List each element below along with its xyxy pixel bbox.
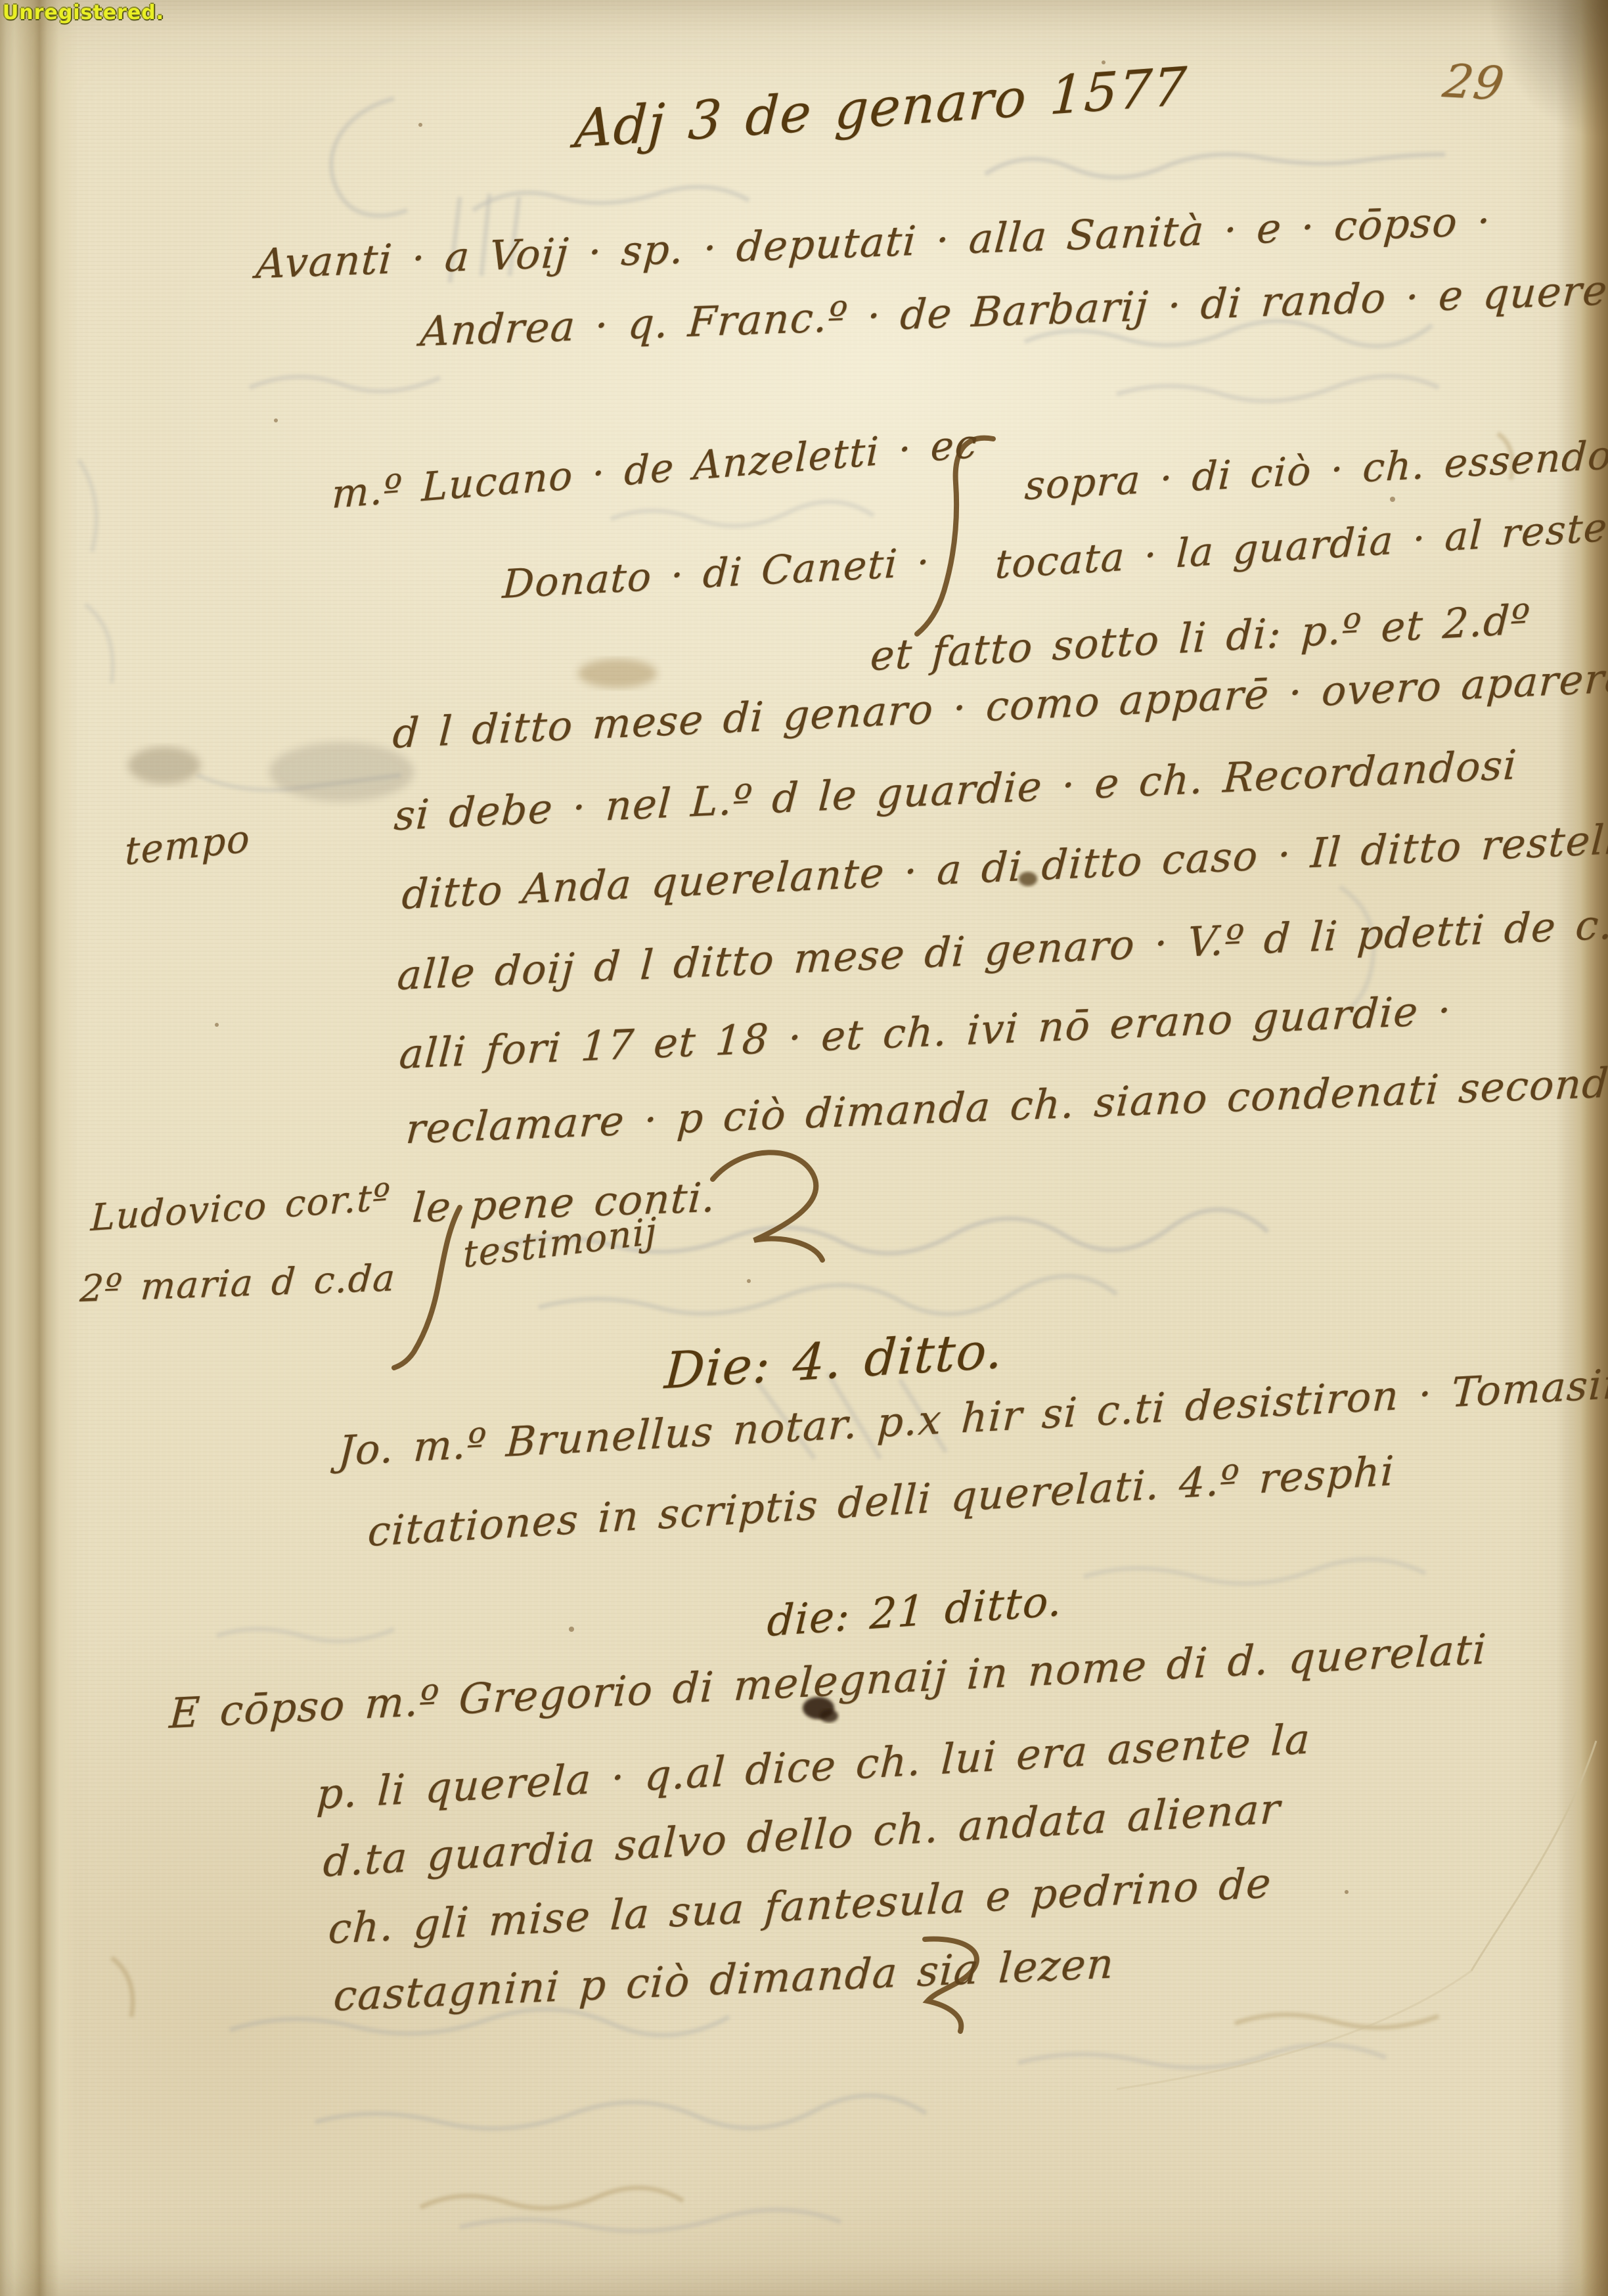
vignette [0, 0, 1608, 2296]
manuscript-scan: Unregistered. 29 Adj 3 de genaro 1577 Av… [0, 0, 1608, 2296]
page-number: 29 [1440, 54, 1509, 110]
scan-watermark: Unregistered. [3, 1, 164, 24]
